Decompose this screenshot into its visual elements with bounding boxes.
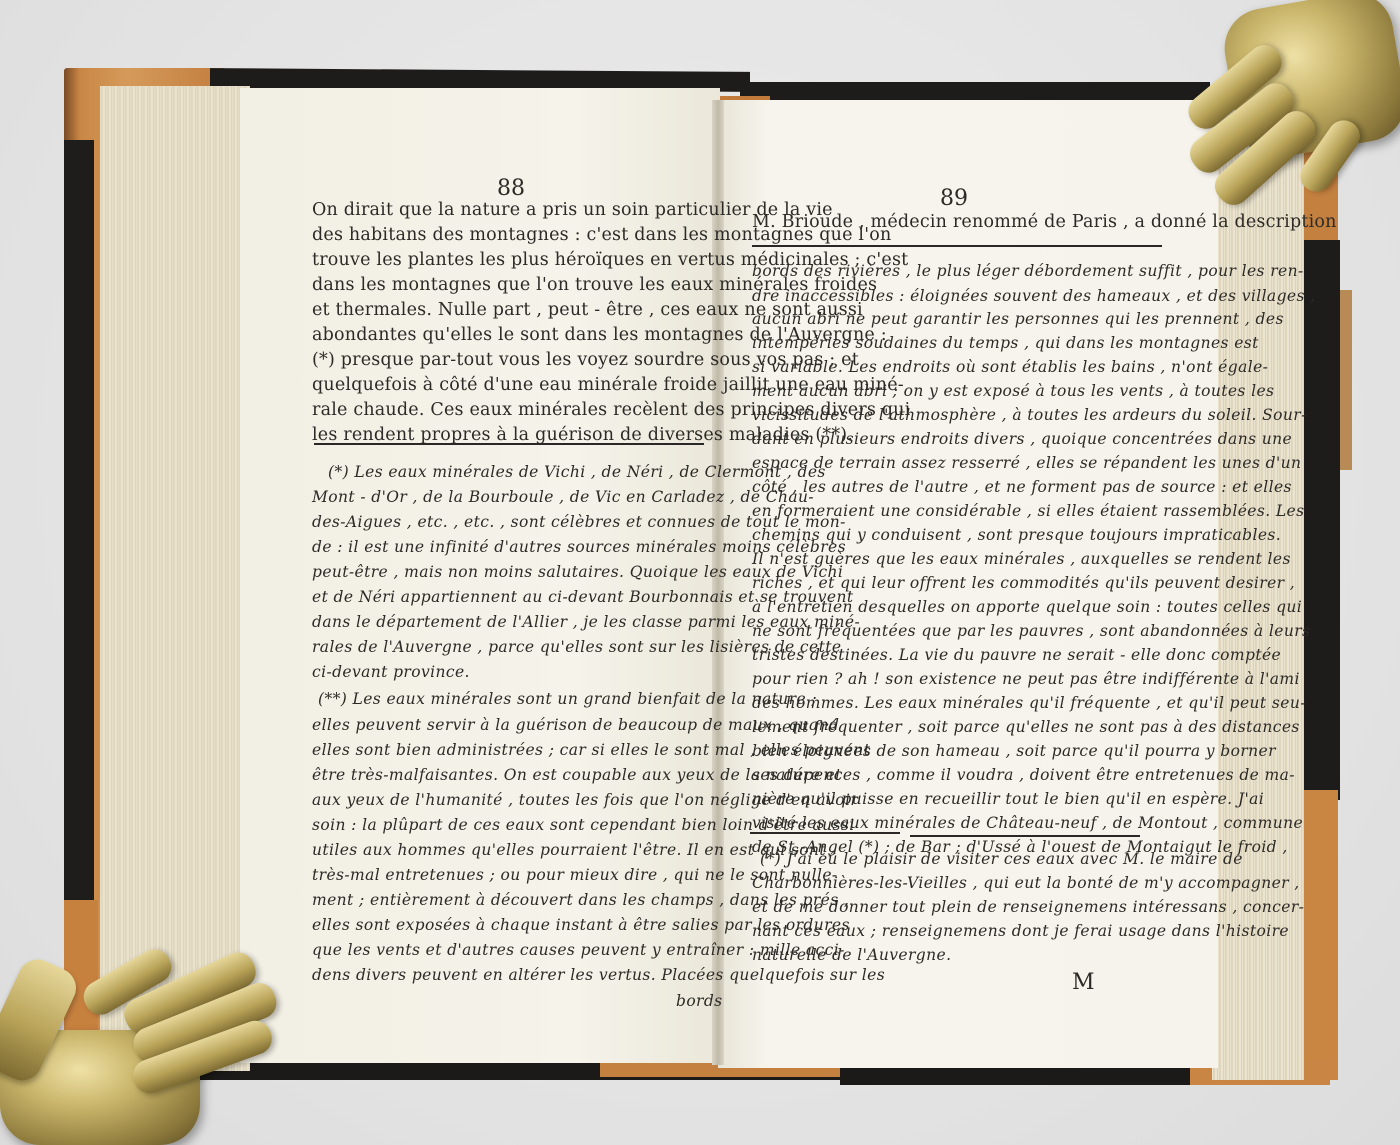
cover-cloth-right — [1300, 240, 1340, 800]
body-line: riches , et qui leur offrent les commodi… — [752, 574, 1295, 592]
footnote-line: dens divers peuvent en altérer les vertu… — [312, 966, 885, 984]
footnote-line: Charbonnières-les-Vieilles , qui eut la … — [752, 874, 1300, 892]
left-page-number: 88 — [497, 176, 525, 201]
body-line: dre inaccessibles : éloignées souvent de… — [752, 287, 1315, 305]
body-line: côté , les autres de l'autre , et ne for… — [752, 478, 1292, 496]
footnote-rule-b — [910, 835, 1140, 837]
footnote-line: utiles aux hommes qu'elles pourraient l'… — [312, 841, 826, 859]
body-line: espace de terrain assez resserré , elles… — [752, 454, 1301, 472]
body-line: visité les eaux minérales de Château-neu… — [752, 814, 1303, 832]
catchword: bords — [676, 992, 723, 1010]
cover-cloth-left — [64, 140, 94, 1020]
body-line: Il n'est guères que les eaux minérales ,… — [752, 550, 1291, 568]
back-cover-flap — [1338, 290, 1352, 470]
body-line: tristes destinées. La vie du pauvre ne s… — [752, 646, 1281, 664]
body-line: intempéries soudaines du temps , qui dan… — [752, 334, 1259, 352]
footnote-line: Mont - d'Or , de la Bourboule , de Vic e… — [312, 488, 814, 506]
body-line: des hommes. Les eaux minérales qu'il fré… — [752, 694, 1306, 712]
heading-line: M. Brioude , médecin renommé de Paris , … — [752, 212, 1337, 232]
footnote-line: naturelle de l'Auvergne. — [752, 946, 951, 964]
body-line: bords des rivières , le plus léger débor… — [752, 262, 1304, 280]
footnote-rule — [314, 443, 704, 445]
footnote-line: (**) Les eaux minérales sont un grand bi… — [318, 690, 817, 708]
body-line: vicissitudes de l'athmosphère , à toutes… — [752, 406, 1307, 424]
body-line: si variable. Les endroits où sont établi… — [752, 358, 1268, 376]
body-line: ne sont fréquentées que par les pauvres … — [752, 622, 1310, 640]
body-line: chemins qui y conduisent , sont presque … — [752, 526, 1281, 544]
body-line: à l'entretien desquelles on apporte quel… — [752, 598, 1302, 616]
body-line: en formeraient une considérable , si ell… — [752, 502, 1304, 520]
footnote-line: (*) J'ai eû le plaisir de visiter ces ea… — [760, 850, 1243, 868]
signature-mark: M — [1072, 970, 1095, 995]
running-rule — [752, 245, 1162, 247]
body-line: pour rien ? ah ! son existence ne peut p… — [752, 670, 1300, 688]
open-book: 88 On dirait que la nature a pris un soi… — [0, 0, 1400, 1145]
footnote-line: nant ces eaux ; renseignemens dont je fe… — [752, 922, 1289, 940]
footnote-line: et de me donner tout plein de renseignem… — [752, 898, 1304, 916]
leather-corner-bottom-right — [1298, 790, 1338, 1080]
page-edges-left — [100, 86, 250, 1071]
body-line: ses dépences , comme il voudra , doivent… — [752, 766, 1295, 784]
body-line: nière qu'il puisse en recueillir tout le… — [752, 790, 1264, 808]
footnote-line: ci-devant province. — [312, 663, 470, 681]
body-line: dant en plusieurs endroits divers , quoi… — [752, 430, 1292, 448]
right-page-number: 89 — [940, 186, 968, 211]
body-line: ment aucun abri ; on y est exposé à tous… — [752, 382, 1274, 400]
body-line: lement fréquenter , soit parce qu'elles … — [752, 718, 1300, 736]
body-line: aucun abri ne peut garantir les personne… — [752, 310, 1284, 328]
footnote-rule-a — [750, 832, 900, 834]
body-line: bien éloignées de son hameau , soit parc… — [752, 742, 1276, 760]
